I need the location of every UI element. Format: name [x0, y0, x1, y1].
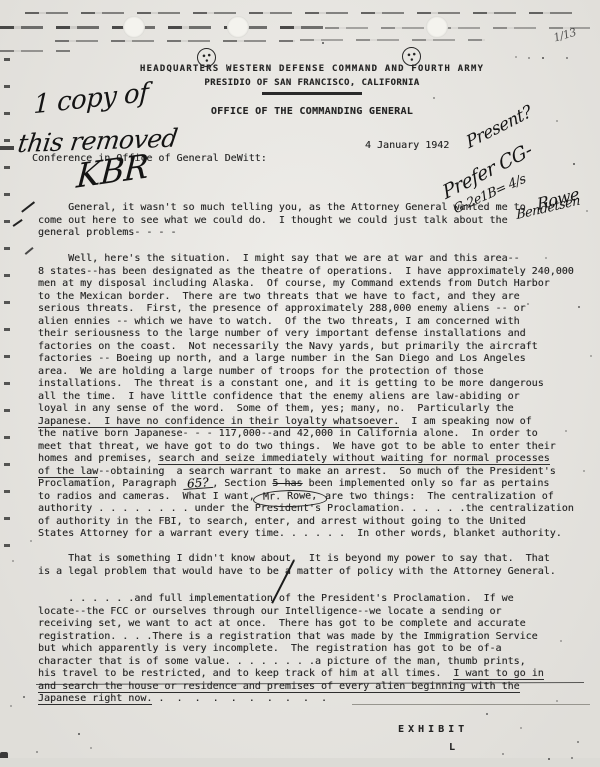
text-segment: of authority in the FBI, to search, ente… — [38, 516, 526, 527]
exhibit-letter: L — [449, 742, 455, 753]
margin-tick — [25, 247, 34, 255]
header-rule — [262, 92, 362, 95]
scan-speck — [515, 56, 517, 58]
text-segment: meet that threat, we have got to do two … — [38, 441, 556, 452]
text-segment: homes and premises, — [38, 453, 158, 464]
text-line: come out here to see what we could do. I… — [38, 215, 593, 228]
text-line: Proclamation, Paragraph 65?, Section 5 h… — [38, 478, 593, 491]
text-line: his travel to be restricted, and to keep… — [38, 668, 593, 681]
text-line: area. We are holding a large number of t… — [38, 366, 593, 379]
scan-speck — [433, 97, 435, 99]
text-line: men at my disposal including Alaska. Of … — [38, 278, 593, 291]
text-segment: to the Mexican border. There are two thr… — [38, 291, 520, 302]
text-line: loyal in any sense of the word. Some of … — [38, 403, 593, 416]
text-segment: his travel to be restricted, and to keep… — [38, 668, 453, 679]
scan-streak — [55, 40, 295, 42]
scan-streak — [25, 12, 585, 14]
text-line: of authority in the FBI, to search, ente… — [38, 516, 593, 529]
text-segment: Proclamation, Paragraph — [38, 478, 183, 489]
paragraph-intro: General, it wasn't so much telling you, … — [38, 202, 593, 240]
text-line: serious threats. First, the presence of … — [38, 303, 593, 316]
scan-speck — [322, 42, 324, 44]
margin-tick — [13, 219, 23, 227]
text-segment: loyal in any sense of the word. Some of … — [38, 403, 514, 414]
text-line: receiving set, we want to act at once. T… — [38, 618, 593, 631]
scan-speck — [545, 257, 547, 259]
text-line: 8 states--has been designated as the the… — [38, 266, 593, 279]
scan-speck — [577, 741, 579, 743]
text-line: to the Mexican border. There are two thr… — [38, 291, 593, 304]
margin-tick — [21, 201, 35, 212]
scan-speck — [586, 210, 588, 212]
text-line: factories -- Boeing up north, and a larg… — [38, 353, 593, 366]
text-line: meet that threat, we have got to do two … — [38, 441, 593, 454]
text-segment: I am speaking now of — [399, 416, 531, 427]
text-line: locate--the FCC or ourselves through our… — [38, 606, 593, 619]
text-line: authority . . . . . . . . under the Pres… — [38, 503, 593, 516]
text-segment: is a legal problem that would have to be… — [38, 566, 556, 577]
scan-edge-dash — [0, 146, 14, 150]
text-line: installations. The threat is a constant … — [38, 378, 593, 391]
punch-hole — [227, 16, 249, 38]
scan-speck — [486, 713, 488, 715]
circled-name: Mr. Rowe, — [253, 489, 328, 507]
text-segment: but which apparently is very incomplete.… — [38, 643, 502, 654]
text-segment: the native born Japanese- - - 117,000--a… — [38, 428, 538, 439]
text-segment: alien ennies -- which we have to watch. … — [38, 316, 520, 327]
scan-speck — [590, 355, 592, 357]
scan-speck — [520, 727, 522, 729]
paragraph-registration: . . . . . .and full implementation of th… — [38, 593, 593, 706]
scanned-document-page: HEADQUARTERS WESTERN DEFENSE COMMAND AND… — [0, 0, 600, 767]
paragraph-situation: Well, here's the situation. I might say … — [38, 253, 593, 541]
text-line: Well, here's the situation. I might say … — [38, 253, 593, 266]
text-segment: --obtaining a search warrant to make an … — [98, 466, 556, 477]
text-segment: area. We are holding a large number of t… — [38, 366, 484, 377]
text-segment: been implemented only so far as pertains — [303, 478, 550, 489]
text-segment: to radios and cameras. What I want, — [38, 491, 255, 502]
text-line: to radios and cameras. What I want, Mr. … — [38, 491, 593, 504]
paragraph-reply: That is something I didn't know about. I… — [38, 553, 593, 578]
text-segment: search and seize immediately without wai… — [158, 453, 549, 465]
text-segment: their seriousness to the large number of… — [38, 328, 526, 339]
scan-speck — [560, 640, 562, 642]
text-line: factories on the coast. Not necessarily … — [38, 341, 593, 354]
document-date: 4 January 1942 — [365, 140, 449, 153]
text-line: character that is of some value. . . . .… — [38, 656, 593, 669]
punch-hole — [426, 16, 448, 38]
scan-speck — [583, 470, 585, 472]
scan-speck — [571, 757, 573, 759]
paper-bottom-edge — [0, 758, 600, 767]
text-segment: Japanese right now. — [38, 693, 152, 705]
text-segment: character that is of some value. . . . .… — [38, 656, 526, 667]
text-segment: come out here to see what we could do. I… — [38, 215, 508, 226]
scan-speck — [30, 540, 32, 542]
text-line: of the law--obtaining a search warrant t… — [38, 466, 593, 479]
scan-speck — [548, 758, 550, 760]
scan-speck — [502, 753, 504, 755]
scan-speck — [23, 696, 25, 698]
text-segment: States Attorney for a warrant every time… — [38, 528, 562, 539]
scan-speck — [36, 751, 38, 753]
text-segment: . . . . . . . . . . — [152, 693, 327, 704]
scan-speck — [556, 120, 558, 122]
text-line: alien ennies -- which we have to watch. … — [38, 316, 593, 329]
handwritten-paragraph-number: 65? — [182, 478, 212, 490]
exhibit-label: EXHIBIT — [398, 724, 468, 735]
text-line: homes and premises, search and seize imm… — [38, 453, 593, 466]
text-line: General, it wasn't so much telling you, … — [38, 202, 593, 215]
header-command-line: HEADQUARTERS WESTERN DEFENSE COMMAND AND… — [24, 63, 600, 76]
text-line: That is something I didn't know about. I… — [38, 553, 593, 566]
scan-speck — [578, 306, 580, 308]
text-segment: serious threats. First, the presence of … — [38, 303, 526, 314]
text-segment: I want to go in — [453, 668, 543, 680]
scan-speck — [90, 747, 92, 749]
faint-footer-line — [352, 704, 590, 705]
scan-speck — [527, 303, 529, 305]
text-segment: locate--the FCC or ourselves through our… — [38, 606, 502, 617]
scan-speck — [566, 57, 568, 59]
scan-speck — [542, 57, 544, 59]
scan-edge-marks — [4, 58, 10, 563]
scan-speck — [565, 430, 567, 432]
text-line: the native born Japanese- - - 117,000--a… — [38, 428, 593, 441]
scan-speck — [528, 57, 530, 59]
text-line: all the time. I have little confidence t… — [38, 391, 593, 404]
scan-streak — [300, 39, 485, 41]
scan-speck — [12, 560, 14, 562]
scan-streak — [0, 26, 330, 29]
text-line: but which apparently is very incomplete.… — [38, 643, 593, 656]
text-segment: 8 states--has been designated as the the… — [38, 266, 574, 277]
text-line: their seriousness to the large number of… — [38, 328, 593, 341]
text-segment: Japanese. I have no confidence in their … — [38, 416, 399, 428]
text-segment: registration. . . .There is a registrati… — [38, 631, 538, 642]
text-segment: factories on the coast. Not necessarily … — [38, 341, 538, 352]
text-line: Japanese. I have no confidence in their … — [38, 416, 593, 429]
text-line: registration. . . .There is a registrati… — [38, 631, 593, 644]
text-segment: are two things: The centralization of — [325, 491, 554, 502]
text-segment: general problems- - - - — [38, 227, 176, 238]
scan-streak — [0, 50, 70, 52]
text-segment: That is something I didn't know about. I… — [38, 553, 550, 564]
scan-speck — [10, 705, 12, 707]
text-line: States Attorney for a warrant every time… — [38, 528, 593, 541]
text-line: is a legal problem that would have to be… — [38, 566, 593, 579]
text-segment: receiving set, we want to act at once. T… — [38, 618, 526, 629]
text-line: . . . . . .and full implementation of th… — [38, 593, 593, 606]
text-segment: General, it wasn't so much telling you, … — [38, 202, 526, 213]
scan-speck — [556, 700, 558, 702]
text-segment: 5 has — [272, 478, 302, 489]
text-segment: all the time. I have little confidence t… — [38, 391, 520, 402]
text-segment: factories -- Boeing up north, and a larg… — [38, 353, 526, 364]
text-segment: , Section — [212, 478, 272, 489]
text-segment: men at my disposal including Alaska. Of … — [38, 278, 550, 289]
text-line: general problems- - - - — [38, 227, 593, 240]
text-segment: Well, here's the situation. I might say … — [38, 253, 520, 264]
scan-speck — [573, 163, 575, 165]
punch-hole — [123, 16, 145, 38]
scan-speck — [78, 733, 80, 735]
text-segment: installations. The threat is a constant … — [38, 378, 544, 389]
scan-streak — [325, 27, 590, 29]
text-segment: of the law — [38, 466, 98, 478]
